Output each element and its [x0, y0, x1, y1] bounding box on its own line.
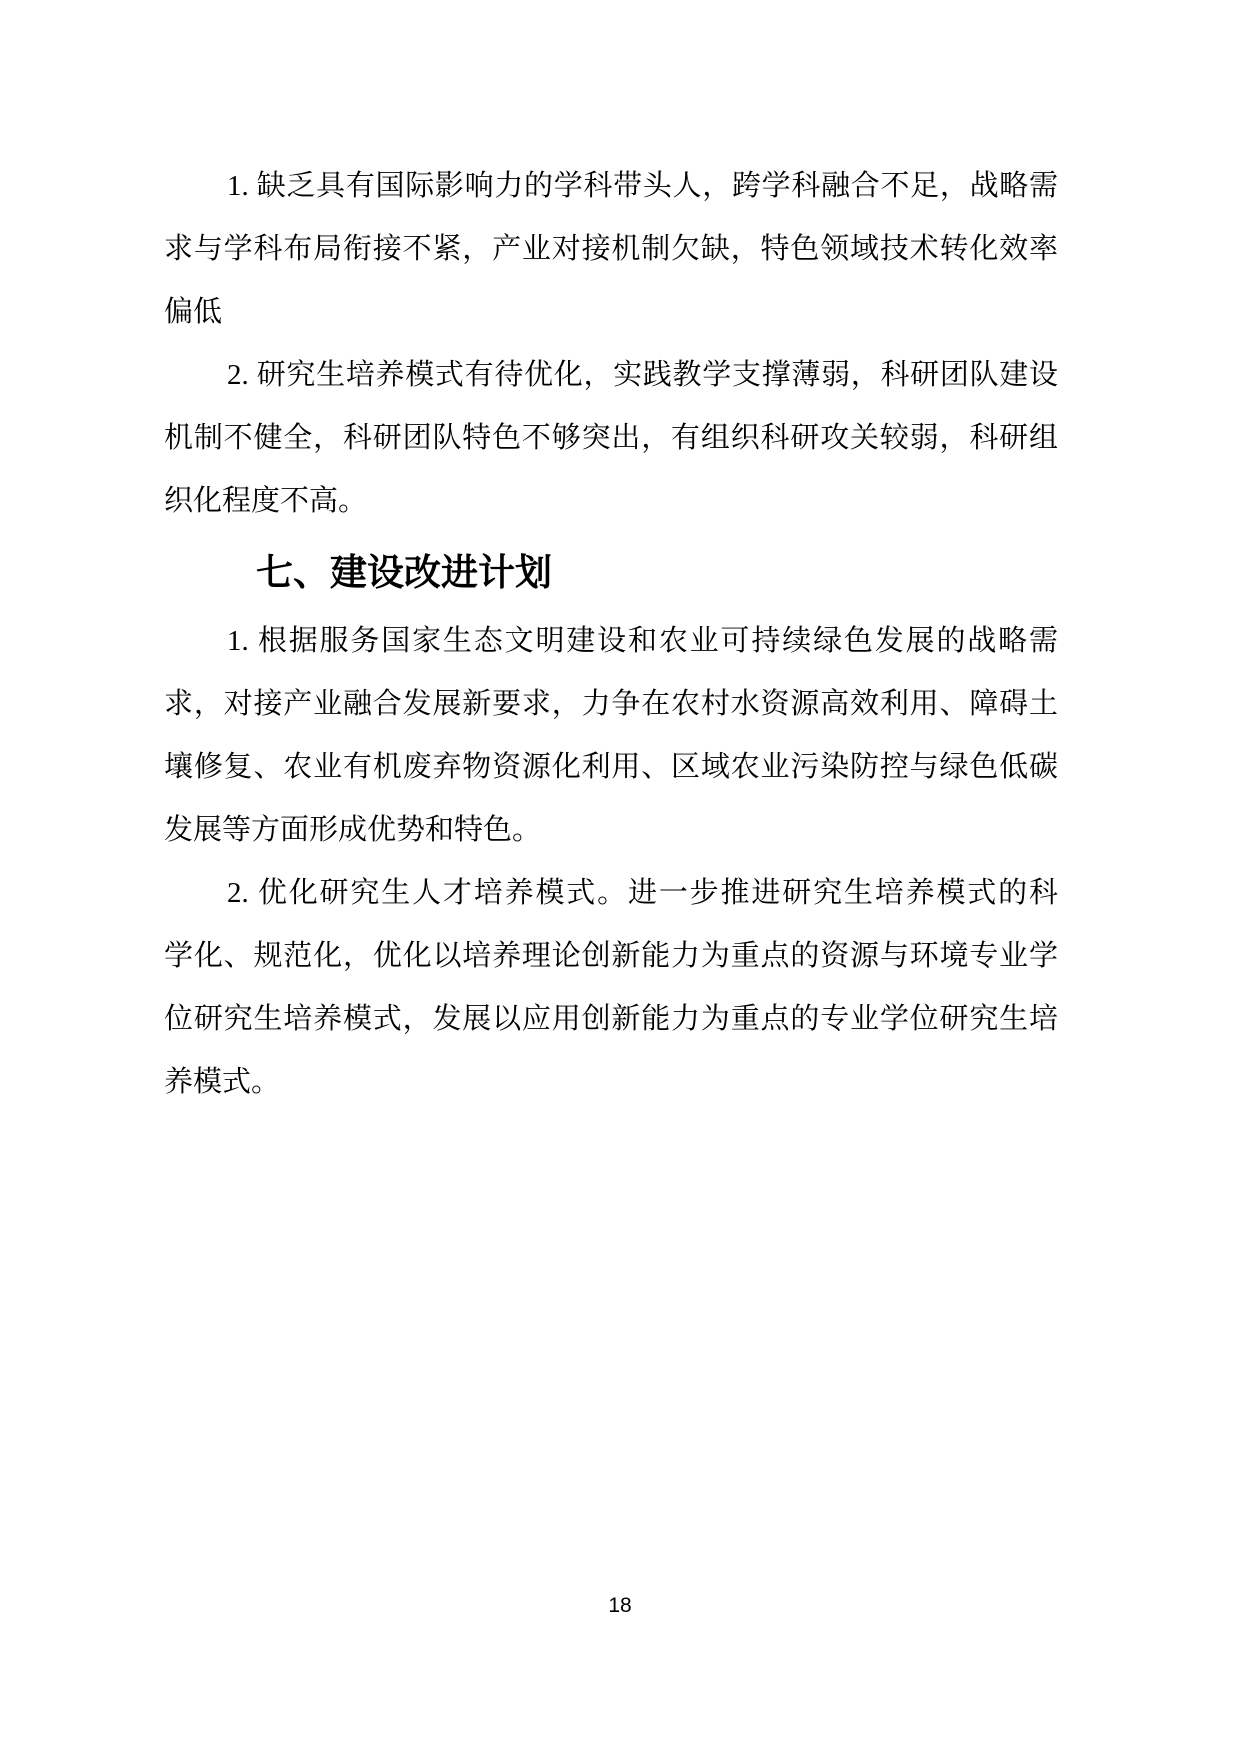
page-number: 18 [0, 1592, 1240, 1620]
text-line: 机制不健全，科研团队特色不够突出，有组织科研攻关较弱，科研组 [164, 407, 1058, 470]
body-paragraph: 2. 研究生培养模式有待优化，实践教学支撑薄弱，科研团队建设机制不健全，科研团队… [164, 344, 1058, 533]
body-paragraph: 1. 缺乏具有国际影响力的学科带头人，跨学科融合不足，战略需求与学科布局衔接不紧… [164, 155, 1058, 344]
text-line: 2. 优化研究生人才培养模式。进一步推进研究生培养模式的科 [164, 862, 1058, 925]
text-line: 七、建设改进计划 [164, 541, 1058, 604]
text-line: 发展等方面形成优势和特色。 [164, 799, 1058, 862]
body-paragraph: 2. 优化研究生人才培养模式。进一步推进研究生培养模式的科学化、规范化，优化以培… [164, 862, 1058, 1114]
text-line: 求与学科布局衔接不紧，产业对接机制欠缺，特色领域技术转化效率 [164, 218, 1058, 281]
text-line: 偏低 [164, 281, 1058, 344]
body-paragraph: 1. 根据服务国家生态文明建设和农业可持续绿色发展的战略需求，对接产业融合发展新… [164, 610, 1058, 862]
text-line: 2. 研究生培养模式有待优化，实践教学支撑薄弱，科研团队建设 [164, 344, 1058, 407]
document-page: 1. 缺乏具有国际影响力的学科带头人，跨学科融合不足，战略需求与学科布局衔接不紧… [0, 0, 1240, 1753]
text-line: 1. 缺乏具有国际影响力的学科带头人，跨学科融合不足，战略需 [164, 155, 1058, 218]
text-line: 求，对接产业融合发展新要求，力争在农村水资源高效利用、障碍土 [164, 673, 1058, 736]
document-content: 1. 缺乏具有国际影响力的学科带头人，跨学科融合不足，战略需求与学科布局衔接不紧… [164, 155, 1058, 1114]
text-line: 学化、规范化，优化以培养理论创新能力为重点的资源与环境专业学 [164, 925, 1058, 988]
text-line: 壤修复、农业有机废弃物资源化利用、区域农业污染防控与绿色低碳 [164, 736, 1058, 799]
text-line: 位研究生培养模式，发展以应用创新能力为重点的专业学位研究生培 [164, 988, 1058, 1051]
section-heading: 七、建设改进计划 [164, 541, 1058, 604]
text-line: 1. 根据服务国家生态文明建设和农业可持续绿色发展的战略需 [164, 610, 1058, 673]
text-line: 养模式。 [164, 1051, 1058, 1114]
text-line: 织化程度不高。 [164, 470, 1058, 533]
